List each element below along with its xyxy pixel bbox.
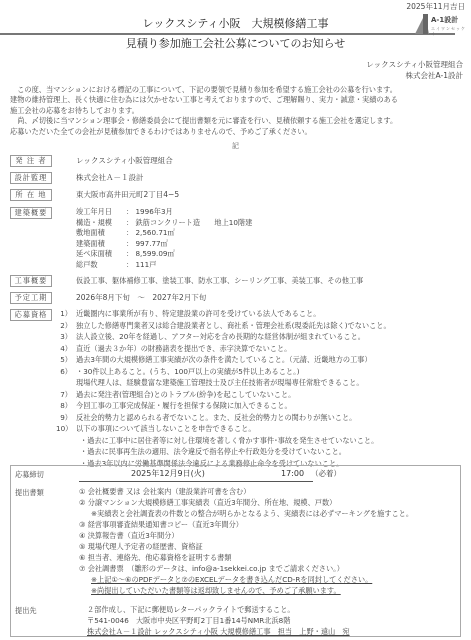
intro-line: 応募いただいた全ての会社が見積参加できるわけではありませんので、予めご了承くださ… [10,127,465,137]
deadline-time: 17:00 [281,469,304,480]
item-number: 2） [56,321,76,333]
design-value: 株式会社Ａ－１設計 [76,173,144,183]
spec-row: 延べ床面積： 8,599.09㎡ [76,249,252,260]
intro-line: 施工会社の応募をお待ちしております。 [10,106,465,116]
item-text: 過去3年間の大規模修繕工事実績が次の条件を満たしていること。（元請、近畿地方の工… [76,355,372,367]
deadline-label: 応募締切 [15,470,44,480]
submission-box: 応募締切 2025年12月9日(火) 17:00 （必着） 提出書類 ① 会社概… [10,465,461,637]
item-text: 反社会的勢力と認められる者でないこと。また、反社会的勢力との関わりが無いこと。 [76,413,356,425]
qualification-list: 1）近畿圏内に事業所が有り、特定建設業の許可を受けている法人であること。 2）独… [56,309,391,470]
spec-value: ： 111戸 [126,260,156,271]
schedule-label: 予定工期 [10,292,52,304]
item-text: ・30件以上あること。(うち、100戸以上の実績が5件以上あること。) [76,367,300,379]
document-note: ※尚提出していただいた書類等は返却致しませんので、予めご了承願います。 [79,586,413,597]
issuer-block: レックスシティ小阪管理組合 株式会社A-1設計 [366,60,463,81]
spec-value: ： 8,599.09㎡ [126,249,175,260]
issuer-association: レックスシティ小阪管理組合 [366,60,463,71]
deadline-underline [79,481,313,482]
list-item: 4）直近（過去３か年）の財務諸表を提出でき、赤字決算でないこと。 [56,344,391,356]
list-item: 2）独立した修繕専門業者又は総合建設業者とし、商社系・管理会社系(現委託先は除く… [56,321,391,333]
spec-key: 竣工年月日 [76,207,126,218]
destination-line: ２部作成し、下記に郵便局レターパックライトで郵送すること。 [87,605,350,616]
spec-row: 敷地面積： 2,560.71㎡ [76,228,252,239]
list-item: 10）以下の事項について該当しないことを申告できること。 [56,424,391,436]
intro-paragraph: この度、当マンションにおける標記の工事について、下記の要領で見積り参加を希望する… [10,85,465,137]
spec-value: ： 1996年3月 [126,207,173,218]
issue-date: 2025年11月吉日 [406,2,465,12]
spec-value: ： 997.77㎡ [126,239,168,250]
document-item: ⑤ 現場代理人予定者の経歴書、資格証 [79,542,413,553]
list-item: 7）過去に発注者(管理組合)とのトラブル(紛争)を起こしていないこと。 [56,390,391,402]
work-label: 工事概要 [10,275,52,287]
location-label: 所 在 地 [10,189,52,201]
page-subtitle: 見積り参加施工会社公募についてのお知らせ [0,37,471,52]
intro-line: 建物の維持管理上、長く快適に住む為には欠かせない工事と考えておりますので、ご理解… [10,95,465,105]
spec-value: ： 鉄筋コンクリート造 地上10階建 [126,218,252,229]
list-item: 6）・30件以上あること。(うち、100戸以上の実績が5件以上あること。) [56,367,391,379]
item-text: 独立した修繕専門業者又は総合建設業者とし、商社系・管理会社系(現委託先は除く)で… [76,321,391,333]
item-number [56,378,76,390]
spec-key: 敷地面積 [76,228,126,239]
spec-key: 建築面積 [76,239,126,250]
list-item: 9）反社会的勢力と認められる者でないこと。また、反社会的勢力との関わりが無いこと… [56,413,391,425]
item-number: 4） [56,344,76,356]
spec-row: 竣工年月日： 1996年3月 [76,207,252,218]
page-title: レックスシティ小阪 大規模修繕工事 [0,17,471,32]
item-number: 7） [56,390,76,402]
document-item: ④ 決算報告書（直近3年間分） [79,531,413,542]
building-specs: 竣工年月日： 1996年3月 構造・規模： 鉄筋コンクリート造 地上10階建 敷… [76,207,252,270]
title-divider [0,33,455,35]
work-value: 仮設工事、躯体補修工事、塗装工事、防水工事、シーリング工事、美装工事、その他工事 [76,276,363,286]
destination-label: 提出先 [15,606,37,616]
list-item: 3）法人設立後、20年を経過し、アフター対応を含め長期的な経営体制が組まれている… [56,332,391,344]
title-header: レックスシティ小阪 大規模修繕工事 [0,17,471,35]
item-text: 近畿圏内に事業所が有り、特定建設業の許可を受けている法人であること。 [76,309,320,321]
spec-row: 建築面積： 997.77㎡ [76,239,252,250]
issuer-company: 株式会社A-1設計 [366,71,463,82]
design-label: 設計監理 [10,172,52,184]
logo-text: A-1設計 [431,16,458,25]
logo-a-stroke [423,14,428,34]
client-label: 発 注 者 [10,155,52,167]
deadline-note: （必着） [311,469,341,479]
building-label: 建築概要 [10,207,52,219]
intro-line: この度、当マンションにおける標記の工事について、下記の要領で見積り参加を希望する… [10,85,465,95]
item-text: 今回工事の工事完成保証・履行を担保する保険に加入できること。 [76,401,292,413]
list-item: 1）近畿圏内に事業所が有り、特定建設業の許可を受けている法人であること。 [56,309,391,321]
item-number: 10） [56,424,76,436]
document-item: ③ 経営事項審査結果通知書コピー（直近3年間分） [79,520,413,531]
item-number: 5） [56,355,76,367]
list-item: 現場代理人は、経験豊富な建築施工管理技士及び主任技術者が現場専任常駐できること。 [56,378,391,390]
document-note: ※上記①～⑥のPDFデータと⑦のEXCELデータを書き込んだCD-Rを同封してく… [79,575,413,586]
documents-list: ① 会社概要書 又は 会社案内（建設業許可書を含む） ② 分譲マンション大規模修… [79,487,413,597]
item-text: 直近（過去３か年）の財務諸表を提出でき、赤字決算でないこと。 [76,344,291,356]
document-item: ⑦ 会社調書票 （雛形のデータは、info@a-1sekkei.co.jp まで… [79,564,413,575]
intro-line: 尚、〆切後に当マンション理事会・修繕委員会にて提出書類を元に審査を行い、見積依頼… [10,116,465,126]
document-note: ※実績表と会社調査表の件数との整合が明らかとなるよう、実績表には必ずマーキングを… [79,509,413,520]
item-text: 現場代理人は、経験豊富な建築施工管理技士及び主任技術者が現場専任常駐できること。 [76,378,364,390]
item-text: 以下の事項について該当しないことを申告できること。 [76,424,256,436]
ki-heading: 記 [0,142,471,151]
sub-item: ・過去に工事中に居住者等に対し住環境を著しく脅かす事件･事故を発生させていないこ… [56,436,391,448]
item-number: 9） [56,413,76,425]
documents-label: 提出書類 [15,488,44,498]
logo-subtext: エイワンセッケイ [431,26,467,37]
spec-key: 構造・規模 [76,218,126,229]
item-number: 6） [56,367,76,379]
list-item: 5）過去3年間の大規模修繕工事実績が次の条件を満たしていること。（元請、近畿地方… [56,355,391,367]
spec-key: 総戸数 [76,260,126,271]
item-text: 過去に発注者(管理組合)とのトラブル(紛争)を起こしていないこと。 [76,390,295,402]
item-number: 8） [56,401,76,413]
qualification-label: 応募資格 [10,309,52,321]
deadline-date: 2025年12月9日(火) [131,469,205,480]
schedule-value: 2026年8月下旬 ～ 2027年2月下旬 [76,293,206,303]
client-value: レックスシティ小阪管理組合 [76,156,173,166]
item-number: 1） [56,309,76,321]
sub-item: ・過去に民事再生法の適用、法令違反で指名停止や行政処分を受けていないこと。 [56,447,391,459]
destination-block: ２部作成し、下記に郵便局レターパックライトで郵送すること。 〒541-0046 … [87,605,350,638]
document-item: ② 分譲マンション大規模修繕工事実績表（直近3年間分、所在地、規模、戸数） [79,498,413,509]
spec-key: 延べ床面積 [76,249,126,260]
spec-row: 総戸数： 111戸 [76,260,252,271]
destination-address: 〒541-0046 大阪市中央区平野町2丁目1番14号NMR北浜8階 [87,616,350,627]
item-text: 法人設立後、20年を経過し、アフター対応を含め長期的な経営体制が組まれていること… [76,332,365,344]
document-item: ① 会社概要書 又は 会社案内（建設業許可書を含む） [79,487,413,498]
location-value: 東大阪市高井田元町2丁目4−5 [76,190,179,200]
destination-recipient: 株式会社Ａ－１設計 レックスシティ小阪 大規模修繕工事 担当 上野・遠山 宛 [87,627,350,638]
spec-row: 構造・規模： 鉄筋コンクリート造 地上10階建 [76,218,252,229]
document-item: ⑥ 担当者、連絡先、他応募資格を証明する書類 [79,553,413,564]
company-logo: A-1設計 エイワンセッケイ [415,14,467,36]
item-number: 3） [56,332,76,344]
list-item: 8）今回工事の工事完成保証・履行を担保する保険に加入できること。 [56,401,391,413]
spec-value: ： 2,560.71㎡ [126,228,175,239]
